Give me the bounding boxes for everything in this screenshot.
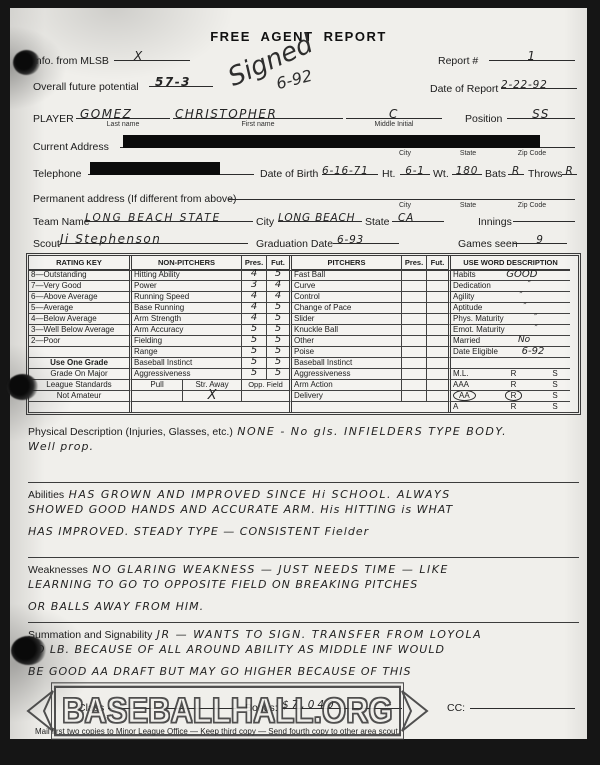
first-name-caption: First name [173, 121, 343, 128]
word-description-value: ″ [519, 291, 522, 302]
abilities-lines: SHOWED GOOD HANDS AND ACCURATE ARM. His … [28, 503, 579, 547]
bats-value: R [512, 165, 520, 177]
abilities-label: Abilities [28, 489, 64, 501]
weaknesses-lines: LEARNING TO GO TO OPPOSITE FIELD ON BREA… [28, 578, 579, 622]
info-from-value: X [114, 49, 144, 63]
handwriting-line: SHOWED GOOD HANDS AND ACCURATE ARM. His … [28, 503, 579, 525]
physical-description-section: Physical Description (Injuries, Glasses,… [28, 420, 579, 462]
word-description-label: Agility [453, 291, 474, 302]
word-description-value: ″ [528, 280, 531, 291]
weaknesses-handwriting: NO GLARING WEAKNESS — JUST NEEDS TIME — … [92, 563, 449, 576]
handwriting-line: OR BALLS AWAY FROM HIM. [28, 600, 579, 622]
position-value: SS [532, 107, 550, 121]
handwriting-line: TO LB. BECAUSE OF ALL AROUND ABILITY AS … [28, 643, 579, 665]
weaknesses-label: Weaknesses [28, 564, 88, 576]
level-r: R [485, 390, 542, 401]
telephone-label: Telephone [33, 168, 81, 180]
team-city-value: LONG BEACH [278, 212, 355, 224]
abilities-handwriting: HAS GROWN AND IMPROVED SINCE Hi SCHOOL. … [69, 488, 451, 501]
level-r: R [485, 368, 542, 379]
graduation-date-value: 6-93 [333, 234, 364, 246]
zip-caption: Zip Code [510, 150, 554, 157]
team-city-label: City [256, 216, 274, 228]
word-description-value: ″ [534, 313, 537, 324]
word-description-label: Date Eligible [453, 346, 498, 357]
handwriting-line: Well prop. [28, 440, 579, 462]
word-description-label: Emot. Maturity [453, 324, 505, 335]
level-s: S [542, 379, 568, 390]
weight-label: Wt. [433, 168, 449, 180]
word-description-value: ″ [535, 324, 538, 335]
city-caption: City [385, 150, 425, 157]
summation-lines: TO LB. BECAUSE OF ALL AROUND ABILITY AS … [28, 643, 579, 687]
word-description-value: GOOD [506, 269, 537, 280]
redacted-address-bar [123, 135, 540, 148]
innings-label: Innings [478, 216, 512, 228]
team-name-label: Team Name [33, 216, 90, 228]
handwriting-line: HAS IMPROVED. STEADY TYPE — CONSISTENT F… [28, 525, 579, 547]
summation-label: Summation and Signability [28, 629, 152, 641]
level-s: S [542, 390, 568, 401]
dob-value: 6-16-71 [322, 165, 369, 177]
report-date-value: 2-22-92 [501, 79, 548, 91]
word-description-value: No [518, 335, 530, 346]
word-description-value: 6-92 [522, 346, 545, 357]
word-description-value: ″ [523, 302, 526, 313]
state-caption-2: State [448, 202, 488, 209]
circled-level-r: R [505, 390, 523, 401]
team-state-value: CA [392, 212, 414, 224]
last-name-caption: Last name [76, 121, 170, 128]
player-middle-initial: C [389, 107, 399, 121]
throws-value: R [565, 165, 573, 177]
physical-description-lines: Well prop. [28, 440, 579, 462]
watermark-left-ribbon [24, 688, 54, 734]
word-description-label: Married [453, 335, 480, 346]
current-address-label: Current Address [33, 141, 109, 153]
punch-hole-bottom [11, 636, 46, 665]
word-description-label: Aptitude [453, 302, 482, 313]
team-name-value: LONG BEACH STATE [85, 212, 221, 224]
height-value: 6-1 [405, 165, 425, 177]
overall-potential-value: 57-3 [149, 75, 191, 89]
scout-value: Ji Stephenson [60, 232, 161, 246]
player-first-name: CHRISTOPHER [173, 107, 277, 121]
games-seen-label: Games seen [458, 238, 518, 250]
pull-mark-cell [132, 390, 183, 401]
position-label: Position [465, 113, 502, 125]
physical-description-label: Physical Description (Injuries, Glasses,… [28, 426, 233, 438]
word-description-label: Habits [453, 269, 476, 280]
summation-handwriting: JR — WANTS TO SIGN. TRANSFER FROM LOYOLA [157, 628, 482, 641]
team-state-label: State [365, 216, 390, 228]
abilities-section: Abilities HAS GROWN AND IMPROVED SINCE H… [28, 482, 579, 547]
level-name: AAA [453, 379, 485, 390]
level-cell: ARS [451, 401, 570, 413]
state-caption: State [448, 150, 488, 157]
rating-key-cell [29, 401, 132, 413]
level-name: A [453, 401, 485, 412]
level-r: R [485, 379, 542, 390]
height-label: Ht. [382, 168, 395, 180]
cc-label: CC: [447, 702, 465, 714]
report-number-label: Report # [438, 55, 478, 67]
middle-initial-caption: Middle Initial [346, 121, 442, 128]
level-name: AA [453, 390, 485, 401]
word-description-label: Phys. Maturity [453, 313, 504, 324]
info-from-label: Info. from MLSB [33, 55, 109, 67]
handwriting-line: LEARNING TO GO TO OPPOSITE FIELD ON BREA… [28, 578, 579, 600]
permanent-address-label: Permanent address (If different from abo… [33, 193, 237, 205]
punch-hole-middle [7, 374, 38, 400]
np-blank-cell [132, 401, 292, 413]
throws-label: Throws [528, 168, 562, 180]
circled-level-name: AA [453, 390, 476, 401]
weight-value: 180 [456, 165, 478, 177]
overall-potential-label: Overall future potential [33, 81, 139, 93]
scout-label: Scout [33, 238, 60, 250]
scanned-document: FREE AGENT REPORT Info. from MLSB X Repo… [0, 0, 600, 765]
level-name: M.L. [453, 368, 485, 379]
report-page: FREE AGENT REPORT Info. from MLSB X Repo… [10, 8, 587, 739]
player-label: PLAYER [33, 113, 74, 125]
dob-label: Date of Birth [260, 168, 318, 180]
summation-section: Summation and Signability JR — WANTS TO … [28, 622, 579, 687]
report-date-label: Date of Report [430, 83, 498, 95]
physical-description-handwriting: NONE - No gls. INFIELDERS TYPE BODY. [237, 425, 507, 438]
straight-away-x-mark: X [183, 390, 241, 401]
weaknesses-section: Weaknesses NO GLARING WEAKNESS — JUST NE… [28, 557, 579, 622]
punch-hole-top [13, 50, 40, 75]
redacted-telephone-bar [90, 162, 220, 175]
watermark-text: BASEBALLHALL.ORG [54, 686, 401, 737]
graduation-date-label: Graduation Date [256, 238, 333, 250]
watermark-banner: BASEBALLHALL.ORG [24, 688, 431, 734]
word-description-label: Dedication [453, 280, 491, 291]
pull-label: Pull [132, 379, 183, 390]
report-number-value: 1 [527, 49, 536, 63]
ratings-table: RATING KEYNON-PITCHERSPres.Fut.PITCHERSP… [28, 255, 579, 413]
level-s: S [542, 401, 568, 412]
games-seen-value: 9 [536, 234, 543, 246]
level-r: R [485, 401, 542, 412]
player-last-name: GOMEZ [76, 107, 132, 121]
pitcher-blank-cell [292, 401, 451, 413]
handwriting-line: BE GOOD AA DRAFT BUT MAY GO HIGHER BECAU… [28, 665, 579, 687]
level-s: S [542, 368, 568, 379]
bats-label: Bats [485, 168, 506, 180]
watermark-right-ribbon [401, 688, 431, 734]
